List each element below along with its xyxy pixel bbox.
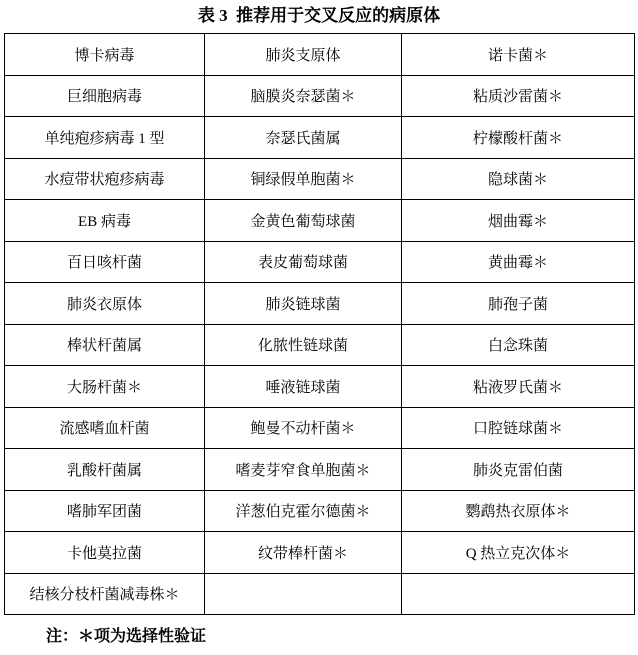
table-cell: 嗜麦芽窄食单胞菌＊ <box>205 449 402 491</box>
table-cell: 肺炎克雷伯菌 <box>402 449 635 491</box>
footnote: 注：＊项为选择性验证 <box>46 627 638 647</box>
table-cell: 乳酸杆菌属 <box>5 449 205 491</box>
table-row: 棒状杆菌属 化脓性链球菌 白念珠菌 <box>5 324 635 366</box>
table-cell: 粘质沙雷菌＊ <box>402 75 635 117</box>
table-cell: 脑膜炎奈瑟菌＊ <box>205 75 402 117</box>
table-cell: 诺卡菌＊ <box>402 34 635 76</box>
table-row: 流感嗜血杆菌 鲍曼不动杆菌＊ 口腔链球菌＊ <box>5 407 635 449</box>
table-cell: 唾液链球菌 <box>205 366 402 408</box>
table-cell <box>402 573 635 615</box>
table-cell: 白念珠菌 <box>402 324 635 366</box>
table-row: EB 病毒 金黄色葡萄球菌 烟曲霉＊ <box>5 200 635 242</box>
table-cell: 烟曲霉＊ <box>402 200 635 242</box>
table-cell: 卡他莫拉菌 <box>5 532 205 574</box>
table-row: 卡他莫拉菌 纹带棒杆菌＊ Q 热立克次体＊ <box>5 532 635 574</box>
table-cell: 水痘带状疱疹病毒 <box>5 158 205 200</box>
table-cell: 黄曲霉＊ <box>402 241 635 283</box>
table-cell: 金黄色葡萄球菌 <box>205 200 402 242</box>
table-row: 嗜肺军团菌 洋葱伯克霍尔德菌＊ 鹦鹉热衣原体＊ <box>5 490 635 532</box>
table-cell: 流感嗜血杆菌 <box>5 407 205 449</box>
table-cell: 结核分枝杆菌减毒株＊ <box>5 573 205 615</box>
table-cell: 柠檬酸杆菌＊ <box>402 117 635 159</box>
table-row: 大肠杆菌＊ 唾液链球菌 粘液罗氏菌＊ <box>5 366 635 408</box>
table-cell: 口腔链球菌＊ <box>402 407 635 449</box>
table-cell: 洋葱伯克霍尔德菌＊ <box>205 490 402 532</box>
table-row: 巨细胞病毒 脑膜炎奈瑟菌＊ 粘质沙雷菌＊ <box>5 75 635 117</box>
table-cell: 粘液罗氏菌＊ <box>402 366 635 408</box>
table-row: 肺炎衣原体 肺炎链球菌 肺孢子菌 <box>5 283 635 325</box>
table-row: 百日咳杆菌 表皮葡萄球菌 黄曲霉＊ <box>5 241 635 283</box>
table-cell: 棒状杆菌属 <box>5 324 205 366</box>
table-row: 单纯疱疹病毒 1 型 奈瑟氏菌属 柠檬酸杆菌＊ <box>5 117 635 159</box>
table-row: 结核分枝杆菌减毒株＊ <box>5 573 635 615</box>
table-cell: 嗜肺军团菌 <box>5 490 205 532</box>
table-cell: 隐球菌＊ <box>402 158 635 200</box>
table-cell: 纹带棒杆菌＊ <box>205 532 402 574</box>
table-cell: 博卡病毒 <box>5 34 205 76</box>
table-cell: 鹦鹉热衣原体＊ <box>402 490 635 532</box>
table-cell: 铜绿假单胞菌＊ <box>205 158 402 200</box>
table-row: 水痘带状疱疹病毒 铜绿假单胞菌＊ 隐球菌＊ <box>5 158 635 200</box>
table-cell <box>205 573 402 615</box>
table-cell: 巨细胞病毒 <box>5 75 205 117</box>
table-cell: 表皮葡萄球菌 <box>205 241 402 283</box>
table-cell: EB 病毒 <box>5 200 205 242</box>
table-cell: 大肠杆菌＊ <box>5 366 205 408</box>
table-cell: 肺孢子菌 <box>402 283 635 325</box>
table-cell: 肺炎衣原体 <box>5 283 205 325</box>
page-title: 表 3 推荐用于交叉反应的病原体 <box>0 0 638 27</box>
table-cell: 单纯疱疹病毒 1 型 <box>5 117 205 159</box>
table-cell: 鲍曼不动杆菌＊ <box>205 407 402 449</box>
table-cell: 化脓性链球菌 <box>205 324 402 366</box>
table-cell: 肺炎链球菌 <box>205 283 402 325</box>
table-cell: 百日咳杆菌 <box>5 241 205 283</box>
table-row: 乳酸杆菌属 嗜麦芽窄食单胞菌＊ 肺炎克雷伯菌 <box>5 449 635 491</box>
table-cell: 肺炎支原体 <box>205 34 402 76</box>
table-cell: Q 热立克次体＊ <box>402 532 635 574</box>
table-row: 博卡病毒 肺炎支原体 诺卡菌＊ <box>5 34 635 76</box>
pathogen-table: 博卡病毒 肺炎支原体 诺卡菌＊ 巨细胞病毒 脑膜炎奈瑟菌＊ 粘质沙雷菌＊ 单纯疱… <box>4 33 635 615</box>
table-cell: 奈瑟氏菌属 <box>205 117 402 159</box>
